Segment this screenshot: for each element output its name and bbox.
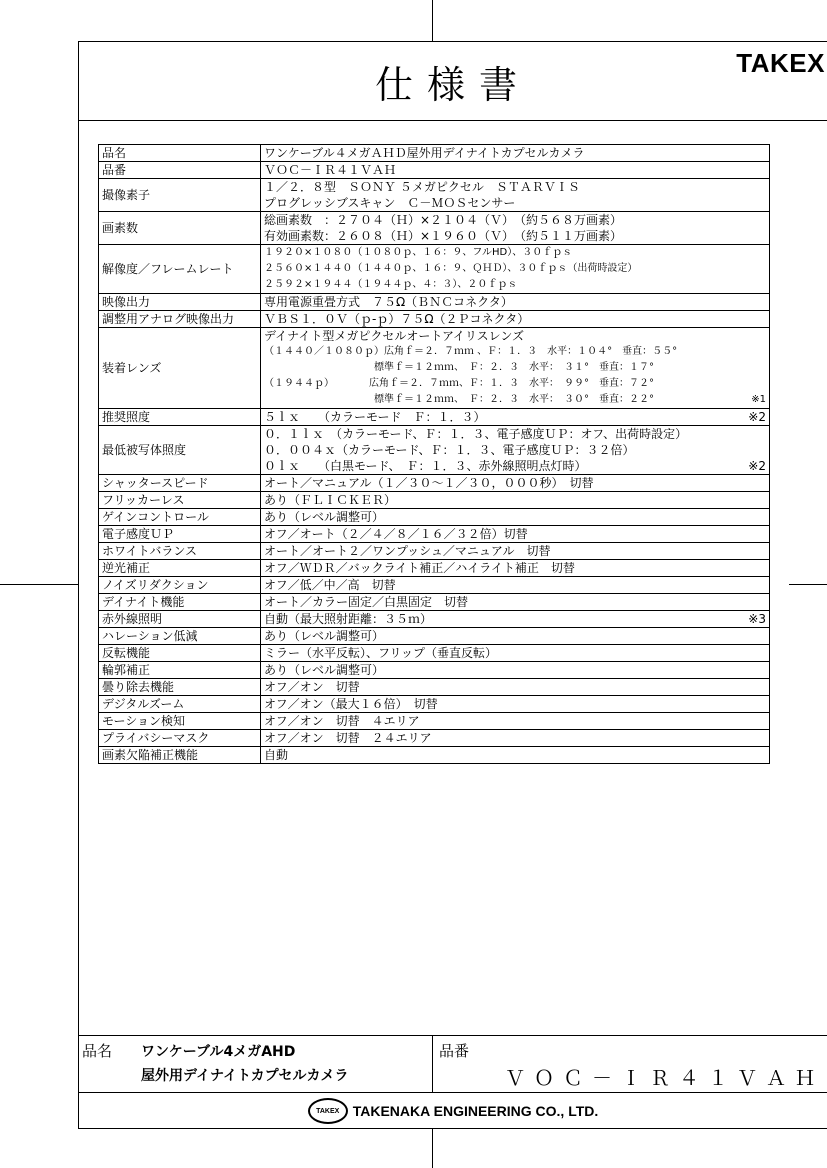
footnote-marker: ※2 xyxy=(748,458,766,474)
spec-row: デジタルズームオフ／オン（最大１６倍） 切替 xyxy=(99,696,770,713)
spec-value-text: オフ／低／中／高 切替 xyxy=(264,577,396,593)
spec-label: 画素数 xyxy=(99,212,261,245)
spec-value-text: デイナイト型メガピクセルオートアイリスレンズ xyxy=(264,328,524,344)
spec-row: 解像度／フレームレート１９２０×１０８０（１０８０ｐ、１６：９、フルHD）、３０… xyxy=(99,245,770,294)
spec-value-text: オフ／ＷＤＲ／バックライト補正／ハイライト補正 切替 xyxy=(264,560,575,576)
spec-value-text: 総画素数 ：２７０４（Ｈ）×２１０４（Ｖ） （約５６８万画素） xyxy=(264,212,622,228)
spec-value-text: オフ／オン 切替 ２４エリア xyxy=(264,730,432,746)
spec-row: デイナイト機能オート／カラー固定／白黒固定 切替 xyxy=(99,594,770,611)
spec-value-text: オート／オート２／ワンプッシュ／マニュアル 切替 xyxy=(264,543,550,559)
spec-value-text: ０．１ｌｘ （カラーモード、Ｆ：１．３、電子感度ＵＰ：オフ、出荷時設定） xyxy=(264,426,687,442)
spec-label: デジタルズーム xyxy=(99,696,261,713)
spec-value: ＶＢＳ１．０Ｖ（ｐ-ｐ）７５Ω（２Ｐコネクタ） xyxy=(261,311,770,328)
spec-value-line: オフ／低／中／高 切替 xyxy=(264,577,766,593)
spec-value: １９２０×１０８０（１０８０ｐ、１６：９、フルHD）、３０ｆｐｓ２５６０×１４４… xyxy=(261,245,770,294)
spec-label: デイナイト機能 xyxy=(99,594,261,611)
spec-value-line: ０ｌｘ （白黒モード、 Ｆ：１．３、赤外線照明点灯時）※2 xyxy=(264,458,766,474)
spec-value: あり（ＦＬＩＣＫＥＲ） xyxy=(261,492,770,509)
spec-label: 反転機能 xyxy=(99,645,261,662)
spec-label: ハレーション低減 xyxy=(99,628,261,645)
spec-value-text: ＶＢＳ１．０Ｖ（ｐ-ｐ）７５Ω（２Ｐコネクタ） xyxy=(264,311,529,327)
spec-value-line: プログレッシブスキャン Ｃ－ＭＯＳセンサー xyxy=(264,195,766,211)
spec-value-line: あり（レベル調整可） xyxy=(264,509,766,525)
spec-value-text: オフ／オート（２／４／８／１６／３２倍）切替 xyxy=(264,526,528,542)
spec-label: 逆光補正 xyxy=(99,560,261,577)
spec-row: シャッタースピードオート／マニュアル（１／３０～１／３０，０００秒） 切替 xyxy=(99,475,770,492)
spec-value-text: 標準ｆ＝１２ｍｍ、 Ｆ：２．３ 水平： ３１° 垂直：１７° xyxy=(264,360,654,376)
footnote-marker: ※3 xyxy=(748,611,766,627)
spec-value-text: 標準ｆ＝１２ｍｍ、 Ｆ：２．３ 水平： ３０° 垂直：２２° xyxy=(264,392,654,408)
spec-value-text: オート／マニュアル（１／３０～１／３０，０００秒） 切替 xyxy=(264,475,594,491)
spec-value-line: ミラー（水平反転）、フリップ（垂直反転） xyxy=(264,645,766,661)
spec-label: フリッカーレス xyxy=(99,492,261,509)
spec-value-text: あり（ＦＬＩＣＫＥＲ） xyxy=(264,492,396,508)
spec-label: 輪郭補正 xyxy=(99,662,261,679)
footnote-marker: ※2 xyxy=(748,409,766,425)
spec-value-text: あり（レベル調整可） xyxy=(264,628,384,644)
spec-label: ゲインコントロール xyxy=(99,509,261,526)
spec-row: 逆光補正オフ／ＷＤＲ／バックライト補正／ハイライト補正 切替 xyxy=(99,560,770,577)
product-code-value: ＶＯＣ－ＩＲ４１ＶＡＨ xyxy=(505,1062,824,1091)
spec-value-line: オフ／オン 切替 xyxy=(264,679,766,695)
product-name-line2: 屋外用デイナイトカプセルカメラ xyxy=(141,1065,348,1087)
spec-label: シャッタースピード xyxy=(99,475,261,492)
spec-value-text: 有効画素数：２６０８（Ｈ）×１９６０（Ｖ） （約５１１万画素） xyxy=(264,228,622,244)
spec-value-line: あり（レベル調整可） xyxy=(264,628,766,644)
title-band: 仕様書 TAKEX xyxy=(79,42,827,121)
spec-label: 撮像素子 xyxy=(99,179,261,212)
spec-value-line: ０．００４ｘ（カラーモード、Ｆ：１．３、電子感度ＵＰ：３２倍） xyxy=(264,442,766,458)
spec-value-line: ＶＢＳ１．０Ｖ（ｐ-ｐ）７５Ω（２Ｐコネクタ） xyxy=(264,311,766,327)
spec-value-line: あり（レベル調整可） xyxy=(264,662,766,678)
spec-row: モーション検知オフ／オン 切替 ４エリア xyxy=(99,713,770,730)
spec-value-line: 有効画素数：２６０８（Ｈ）×１９６０（Ｖ） （約５１１万画素） xyxy=(264,228,766,244)
title-block: 品名 ワンケーブル4メガAHD 屋外用デイナイトカプセルカメラ 品番 ＶＯＣ－Ｉ… xyxy=(79,1035,827,1129)
spec-label: 画素欠陥補正機能 xyxy=(99,747,261,764)
spec-label: 装着レンズ xyxy=(99,328,261,409)
product-code-label: 品番 xyxy=(439,1040,469,1061)
spec-value: オフ／オン 切替 ２４エリア xyxy=(261,730,770,747)
spec-value-line: （１９４４ｐ） 広角ｆ＝２．７ｍｍ、Ｆ：１．３ 水平： ９９° 垂直：７２° xyxy=(264,376,766,392)
spec-value-text: ワンケーブル４メガＡＨＤ屋外用デイナイトカプセルカメラ xyxy=(264,145,585,161)
spec-value-text: １／２．８型 ＳＯＮＹ ５メガピクセル ＳＴＡＲＶＩＳ xyxy=(264,179,580,195)
spec-value-line: オート／カラー固定／白黒固定 切替 xyxy=(264,594,766,610)
spec-value-line: オフ／オン（最大１６倍） 切替 xyxy=(264,696,766,712)
spec-row: 曇り除去機能オフ／オン 切替 xyxy=(99,679,770,696)
spec-value: 自動（最大照射距離：３５ｍ）※3 xyxy=(261,611,770,628)
spec-value-text: ０．００４ｘ（カラーモード、Ｆ：１．３、電子感度ＵＰ：３２倍） xyxy=(264,442,634,458)
brand-logo: TAKEX xyxy=(736,48,825,79)
spec-label: 品名 xyxy=(99,145,261,162)
crop-mark-left xyxy=(0,584,78,585)
spec-value: オート／マニュアル（１／３０～１／３０，０００秒） 切替 xyxy=(261,475,770,492)
spec-value-text: （１４４０／１０８０ｐ）広角ｆ＝２．７ｍｍ 、Ｆ：１．３ 水平：１０４° 垂直：… xyxy=(264,344,677,360)
spec-row: ノイズリダクションオフ／低／中／高 切替 xyxy=(99,577,770,594)
company-cell: TAKEX TAKENAKA ENGINEERING CO., LTD. xyxy=(79,1092,827,1129)
spec-value-text: オート／カラー固定／白黒固定 切替 xyxy=(264,594,468,610)
spec-value: ＶＯＣ－ＩＲ４１ＶＡＨ xyxy=(261,162,770,179)
spec-label: 調整用アナログ映像出力 xyxy=(99,311,261,328)
crop-mark-top xyxy=(432,0,433,41)
spec-value-text: あり（レベル調整可） xyxy=(264,509,384,525)
spec-row: プライバシーマスクオフ／オン 切替 ２４エリア xyxy=(99,730,770,747)
spec-value-line: １９２０×１０８０（１０８０ｐ、１６：９、フルHD）、３０ｆｐｓ xyxy=(264,245,766,261)
spec-value-text: ０ｌｘ （白黒モード、 Ｆ：１．３、赤外線照明点灯時） xyxy=(264,458,586,474)
spec-value: オート／オート２／ワンプッシュ／マニュアル 切替 xyxy=(261,543,770,560)
spec-label: 最低被写体照度 xyxy=(99,426,261,475)
spec-value: １／２．８型 ＳＯＮＹ ５メガピクセル ＳＴＡＲＶＩＳプログレッシブスキャン Ｃ… xyxy=(261,179,770,212)
spec-label: モーション検知 xyxy=(99,713,261,730)
spec-value: 総画素数 ：２７０４（Ｈ）×２１０４（Ｖ） （約５６８万画素）有効画素数：２６０… xyxy=(261,212,770,245)
spec-value-text: あり（レベル調整可） xyxy=(264,662,384,678)
spec-row: 画素欠陥補正機能自動 xyxy=(99,747,770,764)
spec-row: 調整用アナログ映像出力ＶＢＳ１．０Ｖ（ｐ-ｐ）７５Ω（２Ｐコネクタ） xyxy=(99,311,770,328)
spec-value: あり（レベル調整可） xyxy=(261,662,770,679)
product-code-cell: 品番 ＶＯＣ－ＩＲ４１ＶＡＨ xyxy=(433,1036,827,1092)
spec-row: 推奨照度５ｌｘ （カラーモード Ｆ：１．３）※2 xyxy=(99,409,770,426)
spec-value: ５ｌｘ （カラーモード Ｆ：１．３）※2 xyxy=(261,409,770,426)
spec-value-line: 標準ｆ＝１２ｍｍ、 Ｆ：２．３ 水平： ３０° 垂直：２２°※1 xyxy=(264,392,766,408)
spec-value: オフ／オン（最大１６倍） 切替 xyxy=(261,696,770,713)
takex-logo-icon: TAKEX xyxy=(308,1098,348,1124)
spec-value-text: オフ／オン（最大１６倍） 切替 xyxy=(264,696,438,712)
spec-value: オフ／オン 切替 xyxy=(261,679,770,696)
spec-value-line: あり（ＦＬＩＣＫＥＲ） xyxy=(264,492,766,508)
spec-value-text: プログレッシブスキャン Ｃ－ＭＯＳセンサー xyxy=(264,195,515,211)
spec-value: ワンケーブル４メガＡＨＤ屋外用デイナイトカプセルカメラ xyxy=(261,145,770,162)
spec-value-text: ２５６０×１４４０（１４４０ｐ、１６：９、ＱＨＤ）、３０ｆｐｓ（出荷時設定） xyxy=(264,261,637,277)
spec-label: プライバシーマスク xyxy=(99,730,261,747)
spec-table: 品名ワンケーブル４メガＡＨＤ屋外用デイナイトカプセルカメラ品番ＶＯＣ－ＩＲ４１Ｖ… xyxy=(98,144,770,764)
spec-label: 電子感度ＵＰ xyxy=(99,526,261,543)
spec-label: 曇り除去機能 xyxy=(99,679,261,696)
spec-value: あり（レベル調整可） xyxy=(261,509,770,526)
spec-value-line: ０．１ｌｘ （カラーモード、Ｆ：１．３、電子感度ＵＰ：オフ、出荷時設定） xyxy=(264,426,766,442)
spec-value: デイナイト型メガピクセルオートアイリスレンズ（１４４０／１０８０ｐ）広角ｆ＝２．… xyxy=(261,328,770,409)
spec-value-text: 自動（最大照射距離：３５ｍ） xyxy=(264,611,432,627)
spec-value-line: オート／マニュアル（１／３０～１／３０，０００秒） 切替 xyxy=(264,475,766,491)
spec-row: 赤外線照明自動（最大照射距離：３５ｍ）※3 xyxy=(99,611,770,628)
spec-value-text: 自動 xyxy=(264,747,288,763)
spec-value-line: ワンケーブル４メガＡＨＤ屋外用デイナイトカプセルカメラ xyxy=(264,145,766,161)
spec-value-line: １／２．８型 ＳＯＮＹ ５メガピクセル ＳＴＡＲＶＩＳ xyxy=(264,179,766,195)
spec-value-text: ＶＯＣ－ＩＲ４１ＶＡＨ xyxy=(264,162,396,178)
spec-value: オフ／低／中／高 切替 xyxy=(261,577,770,594)
spec-value-line: オート／オート２／ワンプッシュ／マニュアル 切替 xyxy=(264,543,766,559)
spec-value-line: ５ｌｘ （カラーモード Ｆ：１．３）※2 xyxy=(264,409,766,425)
spec-value-line: （１４４０／１０８０ｐ）広角ｆ＝２．７ｍｍ 、Ｆ：１．３ 水平：１０４° 垂直：… xyxy=(264,344,766,360)
crop-mark-bottom xyxy=(432,1129,433,1168)
spec-label: ホワイトバランス xyxy=(99,543,261,560)
spec-row: 輪郭補正あり（レベル調整可） xyxy=(99,662,770,679)
spec-label: 映像出力 xyxy=(99,294,261,311)
spec-value-text: １９２０×１０８０（１０８０ｐ、１６：９、フルHD）、３０ｆｐｓ xyxy=(264,245,572,261)
spec-value-text: ５ｌｘ （カラーモード Ｆ：１．３） xyxy=(264,409,486,425)
spec-value-line: オフ／オン 切替 ４エリア xyxy=(264,713,766,729)
spec-value-line: 自動（最大照射距離：３５ｍ）※3 xyxy=(264,611,766,627)
spec-value-text: ミラー（水平反転）、フリップ（垂直反転） xyxy=(264,645,497,661)
spec-value: ミラー（水平反転）、フリップ（垂直反転） xyxy=(261,645,770,662)
spec-row: 映像出力専用電源重畳方式 ７５Ω（ＢＮＣコネクタ） xyxy=(99,294,770,311)
spec-label: 品番 xyxy=(99,162,261,179)
spec-value: ０．１ｌｘ （カラーモード、Ｆ：１．３、電子感度ＵＰ：オフ、出荷時設定）０．００… xyxy=(261,426,770,475)
spec-value-text: 専用電源重畳方式 ７５Ω（ＢＮＣコネクタ） xyxy=(264,294,513,310)
spec-label: 赤外線照明 xyxy=(99,611,261,628)
spec-value: オフ／オート（２／４／８／１６／３２倍）切替 xyxy=(261,526,770,543)
spec-row: ゲインコントロールあり（レベル調整可） xyxy=(99,509,770,526)
spec-value: オフ／ＷＤＲ／バックライト補正／ハイライト補正 切替 xyxy=(261,560,770,577)
spec-value-line: ＶＯＣ－ＩＲ４１ＶＡＨ xyxy=(264,162,766,178)
spec-value-line: 自動 xyxy=(264,747,766,763)
spec-value-line: 標準ｆ＝１２ｍｍ、 Ｆ：２．３ 水平： ３１° 垂直：１７° xyxy=(264,360,766,376)
spec-row: フリッカーレスあり（ＦＬＩＣＫＥＲ） xyxy=(99,492,770,509)
spec-value: あり（レベル調整可） xyxy=(261,628,770,645)
spec-label: 推奨照度 xyxy=(99,409,261,426)
spec-value-line: ２５６０×１４４０（１４４０ｐ、１６：９、ＱＨＤ）、３０ｆｐｓ（出荷時設定） xyxy=(264,261,766,277)
spec-row: 撮像素子１／２．８型 ＳＯＮＹ ５メガピクセル ＳＴＡＲＶＩＳプログレッシブスキ… xyxy=(99,179,770,212)
spec-sheet-frame: 仕様書 TAKEX 品名ワンケーブル４メガＡＨＤ屋外用デイナイトカプセルカメラ品… xyxy=(78,41,827,1129)
spec-row: ホワイトバランスオート／オート２／ワンプッシュ／マニュアル 切替 xyxy=(99,543,770,560)
spec-value-line: デイナイト型メガピクセルオートアイリスレンズ xyxy=(264,328,766,344)
spec-value-line: 総画素数 ：２７０４（Ｈ）×２１０４（Ｖ） （約５６８万画素） xyxy=(264,212,766,228)
spec-value-line: 専用電源重畳方式 ７５Ω（ＢＮＣコネクタ） xyxy=(264,294,766,310)
spec-value: 専用電源重畳方式 ７５Ω（ＢＮＣコネクタ） xyxy=(261,294,770,311)
spec-label: ノイズリダクション xyxy=(99,577,261,594)
document-title: 仕様書 xyxy=(79,54,827,109)
spec-value-line: オフ／オート（２／４／８／１６／３２倍）切替 xyxy=(264,526,766,542)
spec-row: 画素数総画素数 ：２７０４（Ｈ）×２１０４（Ｖ） （約５６８万画素）有効画素数：… xyxy=(99,212,770,245)
spec-value: オフ／オン 切替 ４エリア xyxy=(261,713,770,730)
spec-row: 電子感度ＵＰオフ／オート（２／４／８／１６／３２倍）切替 xyxy=(99,526,770,543)
spec-value-text: オフ／オン 切替 ４エリア xyxy=(264,713,420,729)
spec-row: ハレーション低減あり（レベル調整可） xyxy=(99,628,770,645)
product-name-label: 品名 xyxy=(82,1040,112,1061)
spec-row: 反転機能ミラー（水平反転）、フリップ（垂直反転） xyxy=(99,645,770,662)
spec-label: 解像度／フレームレート xyxy=(99,245,261,294)
spec-value-text: ２５９２×１９４４（１９４４ｐ、４：３）、２０ｆｐｓ xyxy=(264,277,517,293)
spec-value-line: ２５９２×１９４４（１９４４ｐ、４：３）、２０ｆｐｓ xyxy=(264,277,766,293)
spec-value-text: オフ／オン 切替 xyxy=(264,679,360,695)
spec-value: オート／カラー固定／白黒固定 切替 xyxy=(261,594,770,611)
spec-row: 品名ワンケーブル４メガＡＨＤ屋外用デイナイトカプセルカメラ xyxy=(99,145,770,162)
spec-row: 品番ＶＯＣ－ＩＲ４１ＶＡＨ xyxy=(99,162,770,179)
spec-row: 最低被写体照度０．１ｌｘ （カラーモード、Ｆ：１．３、電子感度ＵＰ：オフ、出荷時… xyxy=(99,426,770,475)
footnote-marker: ※1 xyxy=(751,392,766,408)
product-name-cell: 品名 ワンケーブル4メガAHD 屋外用デイナイトカプセルカメラ xyxy=(79,1036,433,1092)
product-name-line1: ワンケーブル4メガAHD xyxy=(141,1041,295,1063)
spec-value-line: オフ／オン 切替 ２４エリア xyxy=(264,730,766,746)
spec-value: 自動 xyxy=(261,747,770,764)
spec-row: 装着レンズデイナイト型メガピクセルオートアイリスレンズ（１４４０／１０８０ｐ）広… xyxy=(99,328,770,409)
spec-value-text: （１９４４ｐ） 広角ｆ＝２．７ｍｍ、Ｆ：１．３ 水平： ９９° 垂直：７２° xyxy=(264,376,654,392)
company-name: TAKENAKA ENGINEERING CO., LTD. xyxy=(353,1103,599,1119)
spec-value-line: オフ／ＷＤＲ／バックライト補正／ハイライト補正 切替 xyxy=(264,560,766,576)
